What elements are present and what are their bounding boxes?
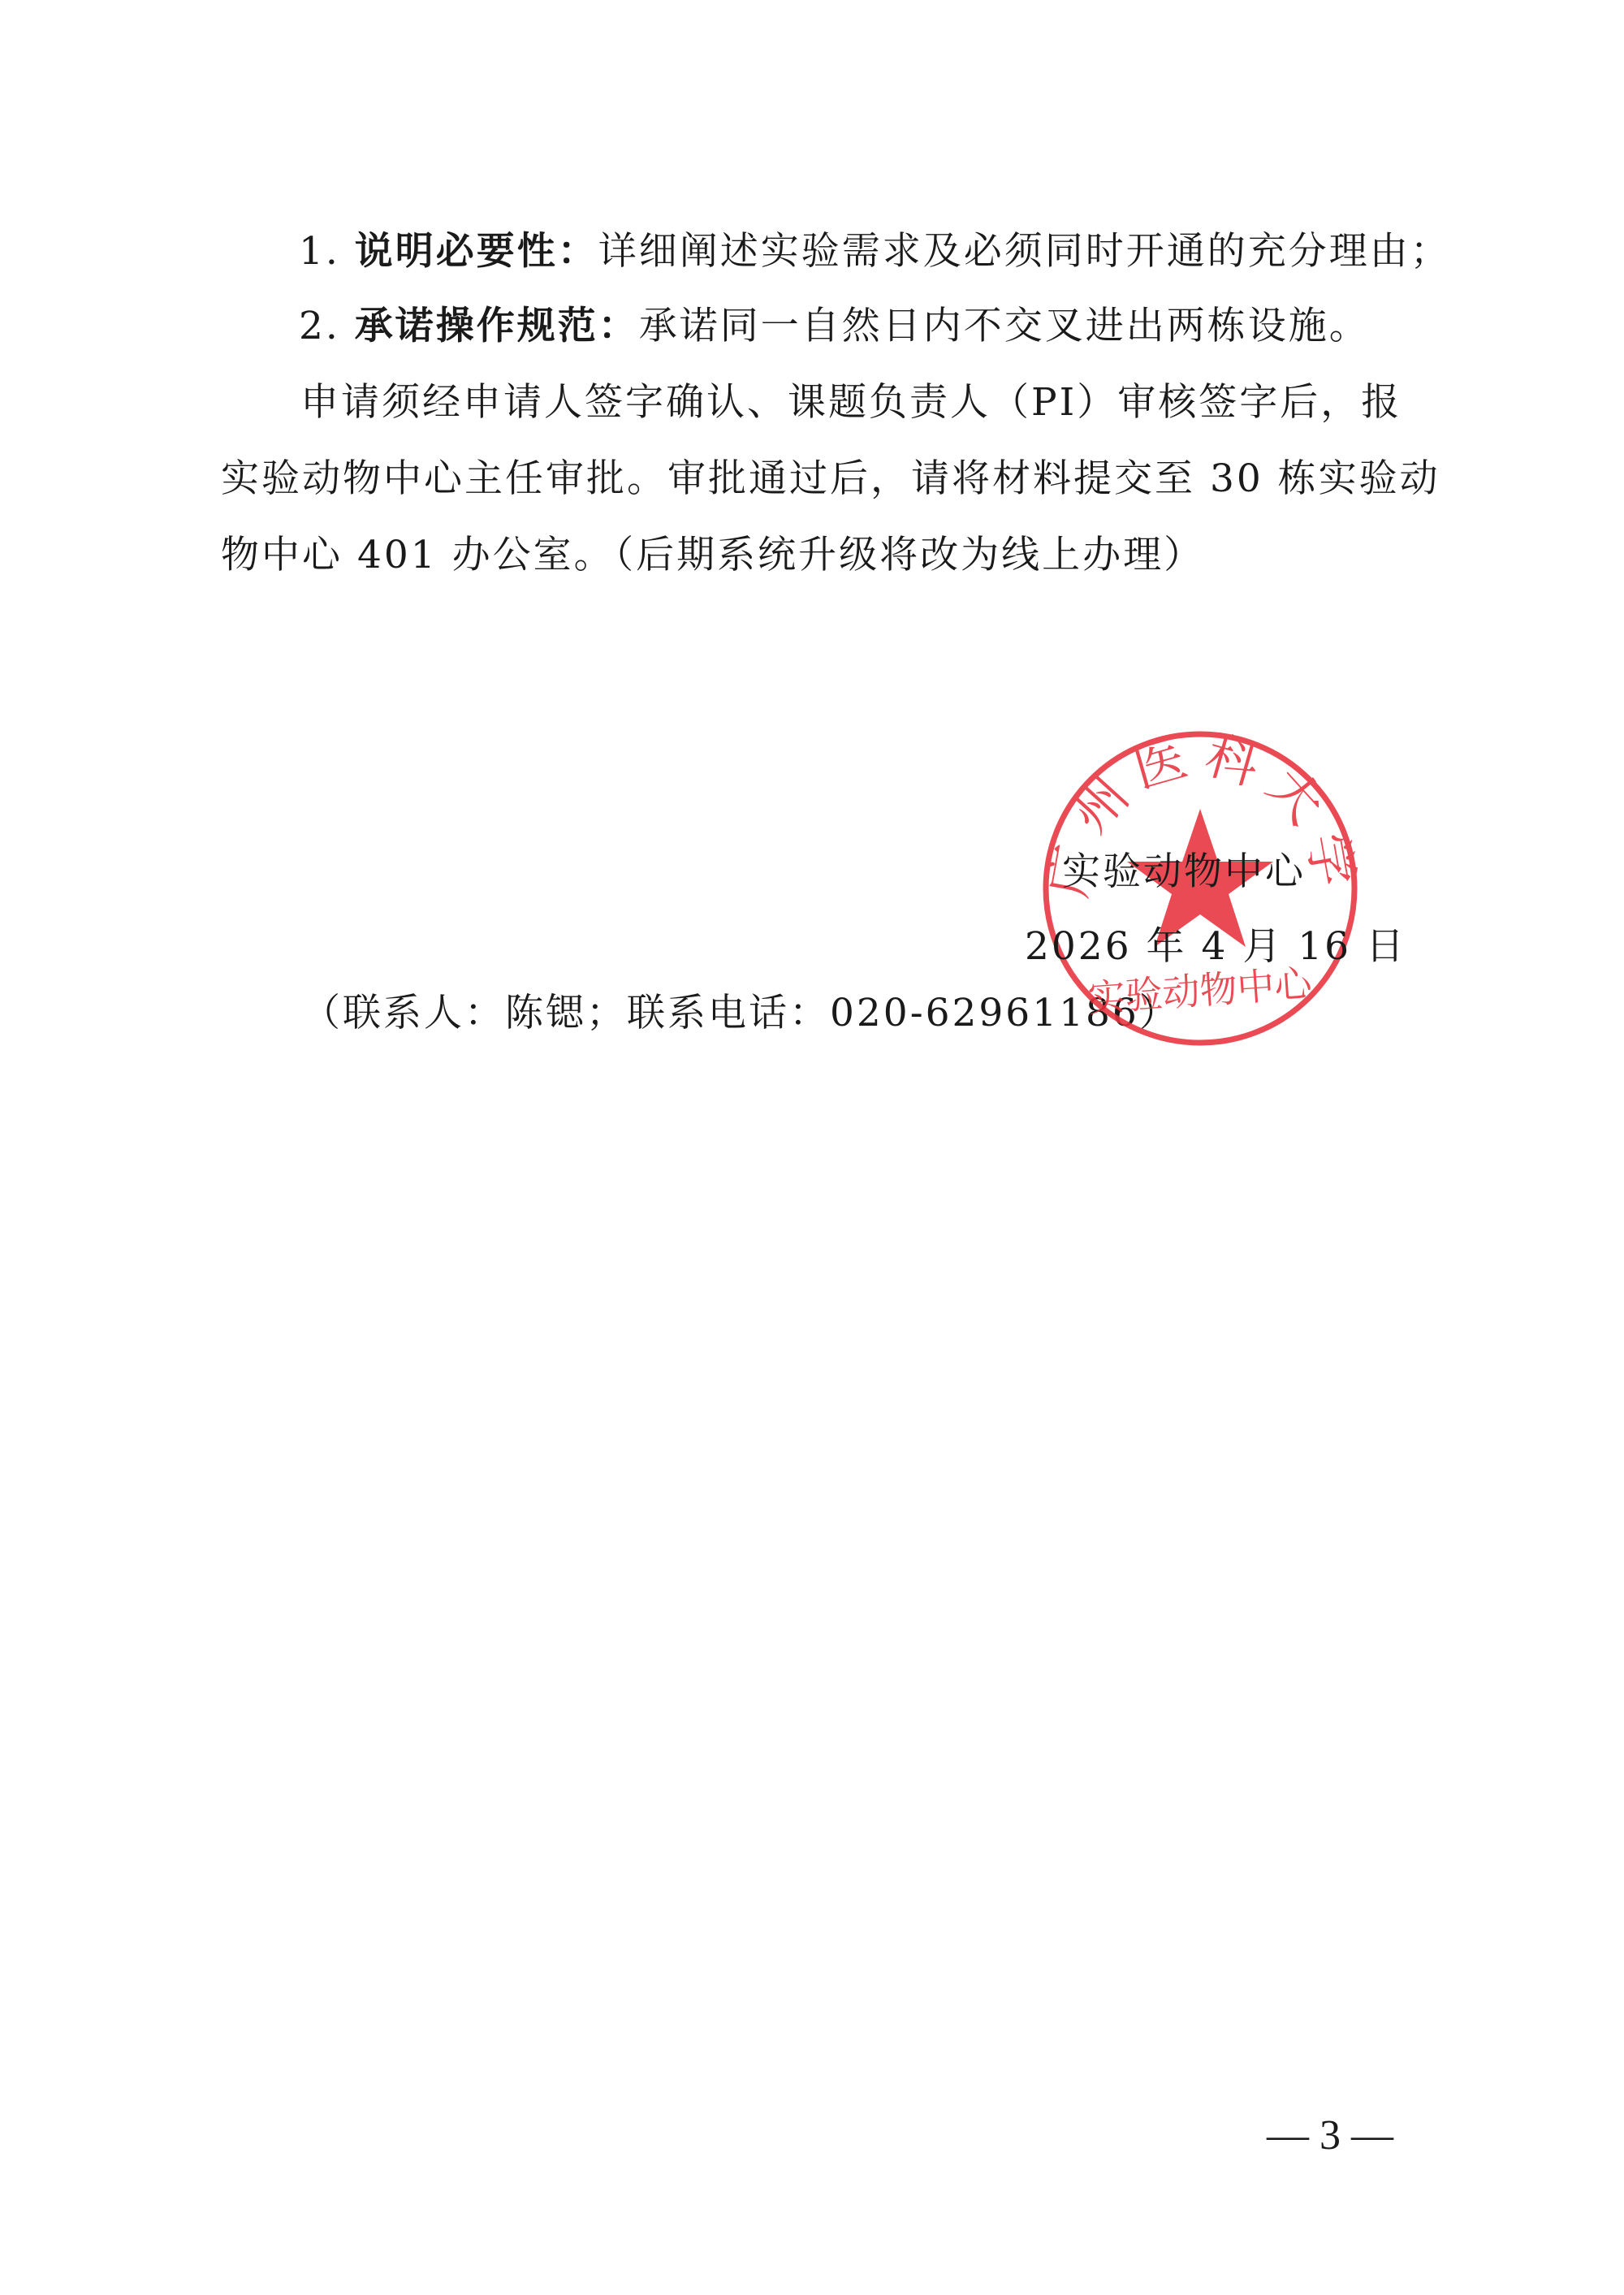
list-number: 2.	[299, 304, 340, 348]
list-heading: 承诺操作规范：	[355, 304, 639, 348]
paragraph-line: 申请须经申请人签字确认、课题负责人（PI）审核签字后，报	[300, 378, 1402, 427]
list-text: 详细阐述实验需求及必须同时开通的充分理由；	[598, 229, 1451, 274]
signature-organization: 实验动物中心	[1062, 848, 1306, 897]
list-item-1: 1. 说明必要性：详细阐述实验需求及必须同时开通的充分理由；	[299, 227, 1451, 276]
list-text: 承诺同一自然日内不交叉进出两栋设施。	[639, 304, 1370, 348]
list-number: 1.	[299, 229, 340, 274]
signature-date: 2026 年 4 月 16 日	[1025, 923, 1406, 971]
list-heading: 说明必要性：	[355, 229, 598, 274]
list-item-2: 2. 承诺操作规范：承诺同一自然日内不交叉进出两栋设施。	[299, 302, 1370, 351]
paragraph-line: 物中心 401 办公室。（后期系统升级将改为线上办理）	[221, 531, 1204, 580]
paragraph-line: 实验动物中心主任审批。审批通过后，请将材料提交至 30 栋实验动	[221, 455, 1440, 504]
page-number: — 3 —	[1267, 2111, 1393, 2160]
